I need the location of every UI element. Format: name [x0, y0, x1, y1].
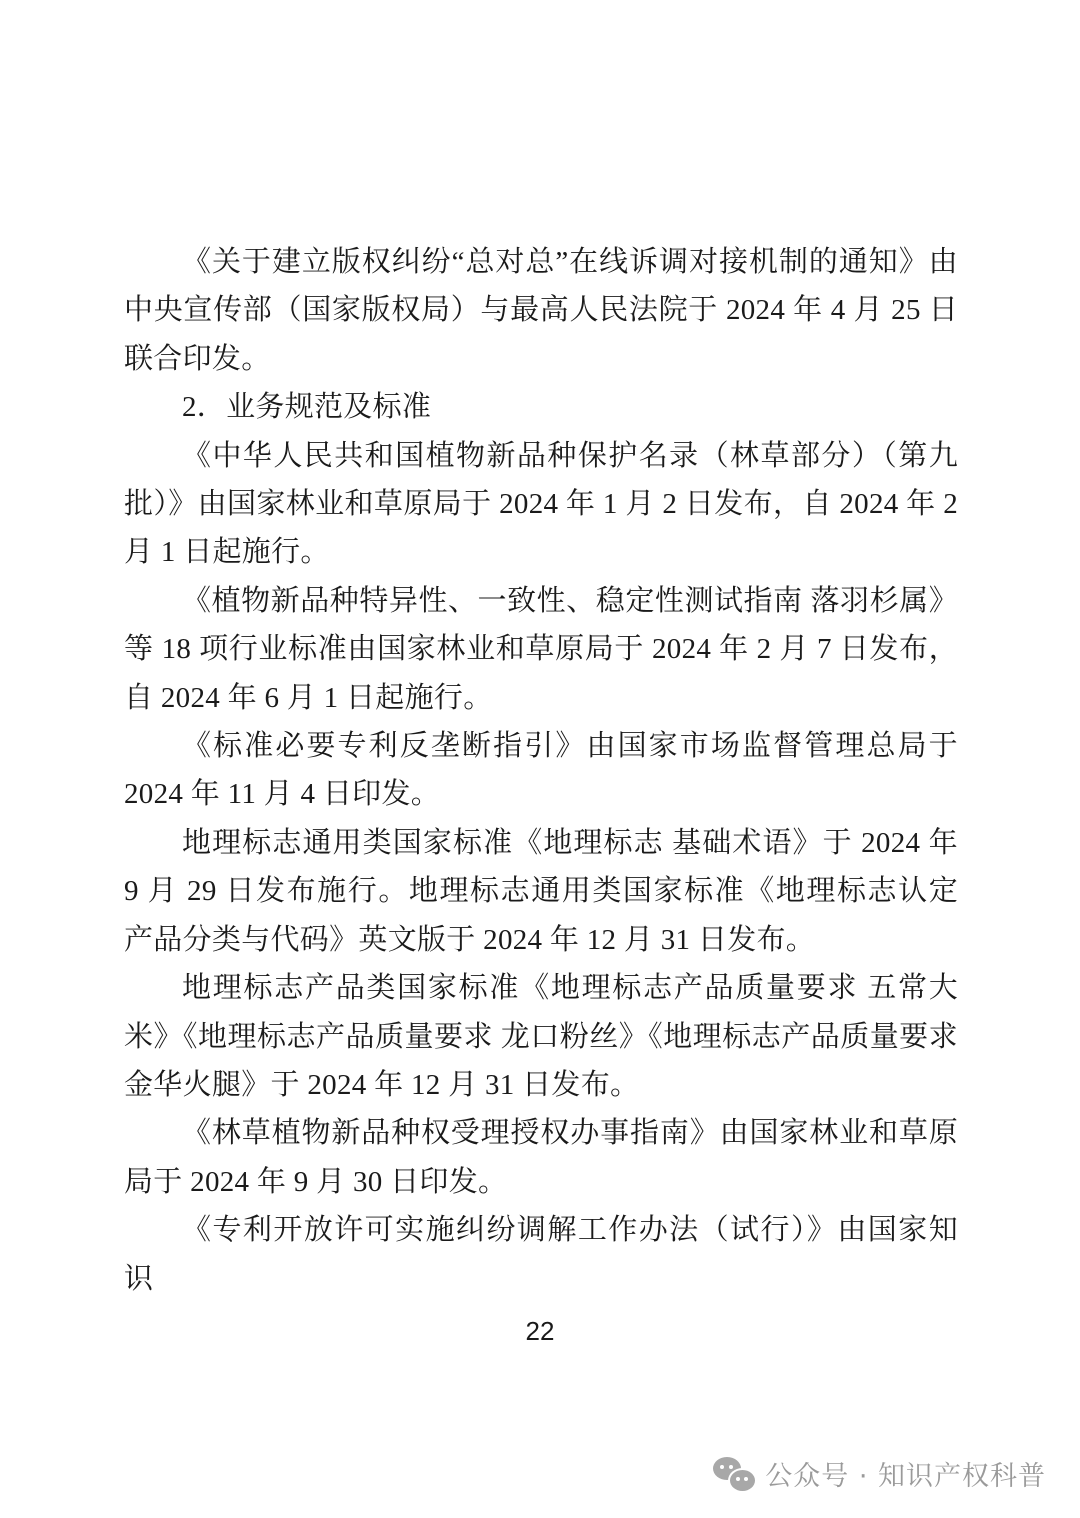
watermark-text: 公众号 · 知识产权科普 — [765, 1454, 1046, 1493]
wechat-icon — [713, 1457, 755, 1491]
page-number: 22 — [0, 1316, 1080, 1347]
paragraph-patent-open-license: 《专利开放许可实施纠纷调解工作办法（试行）》由国家知识 — [124, 1206, 958, 1303]
section-heading: 2．业务规范及标准 — [124, 383, 958, 431]
document-body: 《关于建立版权纠纷“总对总”在线诉调对接机制的通知》由中央宣传部（国家版权局）与… — [124, 238, 958, 1303]
document-page: 《关于建立版权纠纷“总对总”在线诉调对接机制的通知》由中央宣传部（国家版权局）与… — [0, 0, 1080, 1518]
paragraph-forestry-guide: 《林草植物新品种权受理授权办事指南》由国家林业和草原局于 2024 年 9 月 … — [124, 1109, 958, 1206]
paragraph-gi-general-standards: 地理标志通用类国家标准《地理标志 基础术语》于 2024 年 9 月 29 日发… — [124, 819, 958, 964]
paragraph-copyright-notice: 《关于建立版权纠纷“总对总”在线诉调对接机制的通知》由中央宣传部（国家版权局）与… — [124, 238, 958, 383]
paragraph-sep-antitrust: 《标准必要专利反垄断指引》由国家市场监督管理总局于 2024 年 11 月 4 … — [124, 722, 958, 819]
watermark: 公众号 · 知识产权科普 — [713, 1454, 1046, 1493]
paragraph-gi-product-standards: 地理标志产品类国家标准《地理标志产品质量要求 五常大米》《地理标志产品质量要求 … — [124, 964, 958, 1109]
paragraph-plant-variety-list: 《中华人民共和国植物新品种保护名录（林草部分）（第九批）》由国家林业和草原局于 … — [124, 432, 958, 577]
paragraph-plant-testing-guide: 《植物新品种特异性、一致性、稳定性测试指南 落羽杉属》等 18 项行业标准由国家… — [124, 577, 958, 722]
